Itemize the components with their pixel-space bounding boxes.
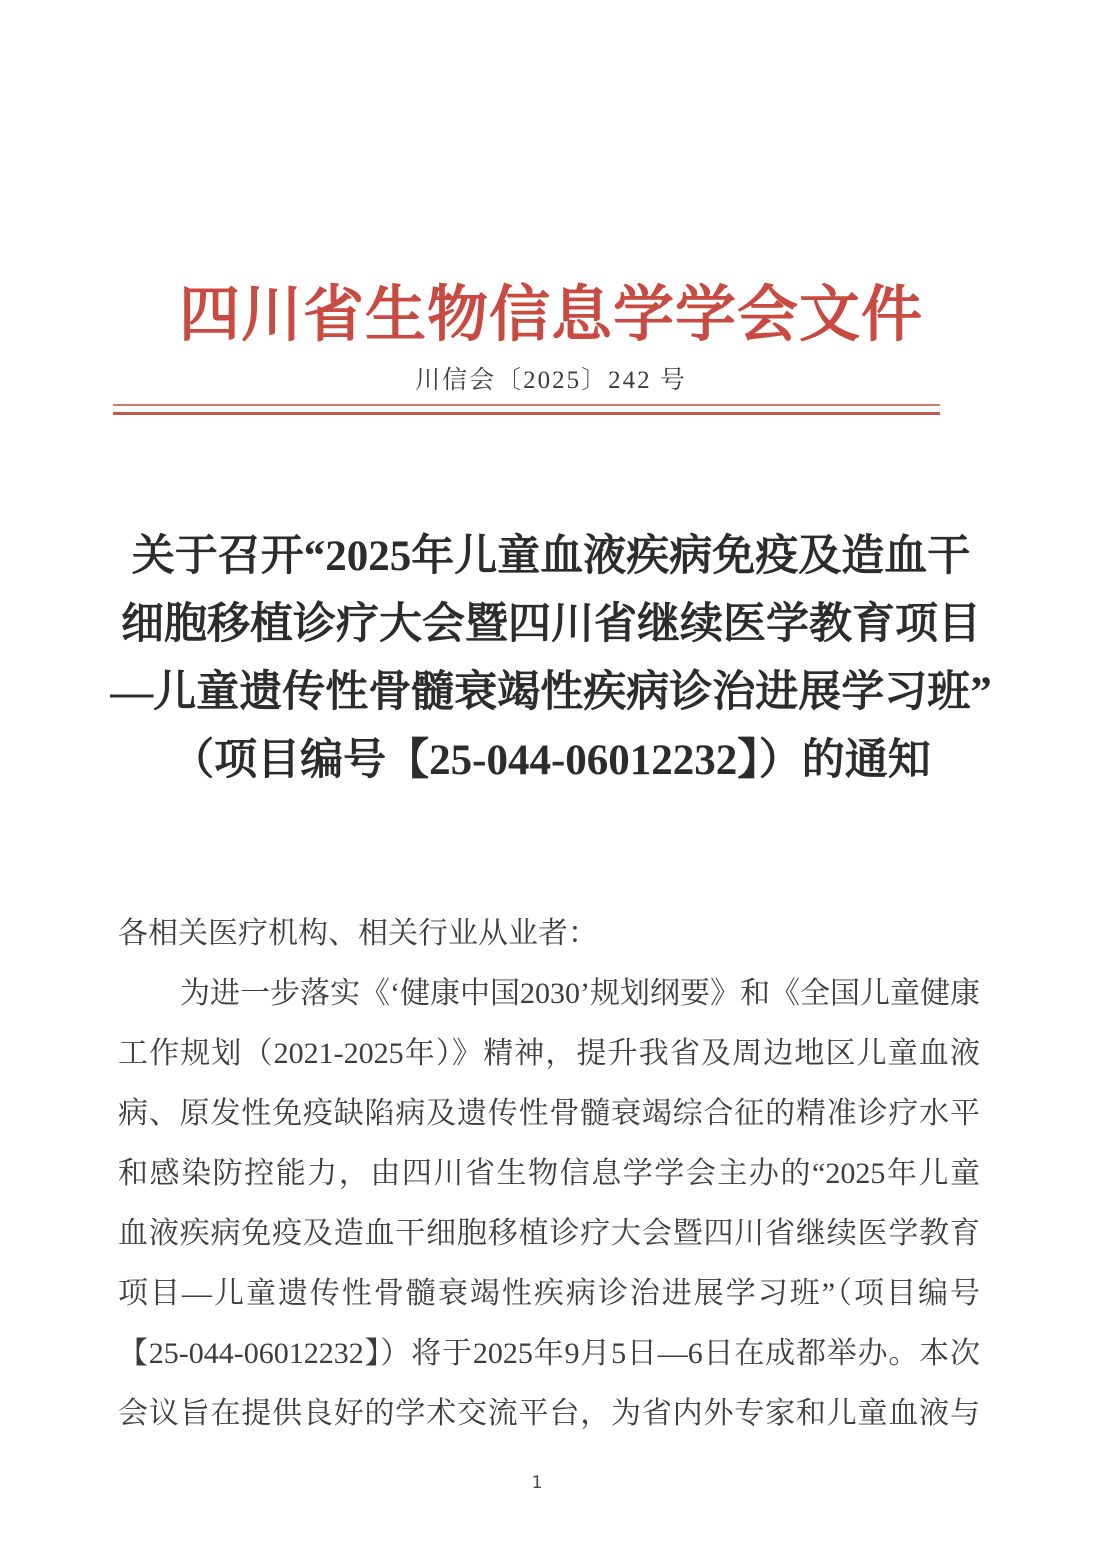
header-divider-thin xyxy=(113,404,940,406)
document-number: 川信会〔2025〕242 号 xyxy=(0,365,1102,397)
body-line: 会议旨在提供良好的学术交流平台，为省内外专家和儿童血液与 xyxy=(118,1384,980,1444)
notice-title-line-3: —儿童遗传性骨髓衰竭性疾病诊治进展学习班” xyxy=(61,659,1041,727)
page-number: 1 xyxy=(0,1472,1074,1494)
notice-title-line-4: （项目编号【25-044-06012232】）的通知 xyxy=(61,727,1041,795)
header-divider-thick xyxy=(113,412,940,415)
body-line: 【25-044-06012232】）将于2025年9月5日—6日在成都举办。本次 xyxy=(118,1324,980,1384)
notice-title-line-2: 细胞移植诊疗大会暨四川省继续医学教育项目 xyxy=(61,591,1041,659)
body-line: 病、原发性免疫缺陷病及遗传性骨髓衰竭综合征的精准诊疗水平 xyxy=(118,1084,980,1144)
body-line: 为进一步落实《‘健康中国2030’规划纲要》和《全国儿童健康 xyxy=(118,964,980,1024)
scanned-notice-page: 四川省生物信息学学会文件 川信会〔2025〕242 号 关于召开“2025年儿童… xyxy=(0,0,1102,1559)
notice-title: 关于召开“2025年儿童血液疾病免疫及造血干 细胞移植诊疗大会暨四川省继续医学教… xyxy=(61,523,1041,795)
agency-banner-title: 四川省生物信息学学会文件 xyxy=(0,282,1102,350)
notice-body: 各相关医疗机构、相关行业从业者： 为进一步落实《‘健康中国2030’规划纲要》和… xyxy=(118,904,980,1444)
body-line: 项目—儿童遗传性骨髓衰竭性疾病诊治进展学习班”（项目编号 xyxy=(118,1264,980,1324)
body-line: 工作规划（2021-2025年）》精神，提升我省及周边地区儿童血液 xyxy=(118,1024,980,1084)
notice-title-line-1: 关于召开“2025年儿童血液疾病免疫及造血干 xyxy=(61,523,1041,591)
body-line: 和感染防控能力，由四川省生物信息学学会主办的“2025年儿童 xyxy=(118,1144,980,1204)
body-line: 血液疾病免疫及造血干细胞移植诊疗大会暨四川省继续医学教育 xyxy=(118,1204,980,1264)
body-salutation: 各相关医疗机构、相关行业从业者： xyxy=(118,904,980,964)
